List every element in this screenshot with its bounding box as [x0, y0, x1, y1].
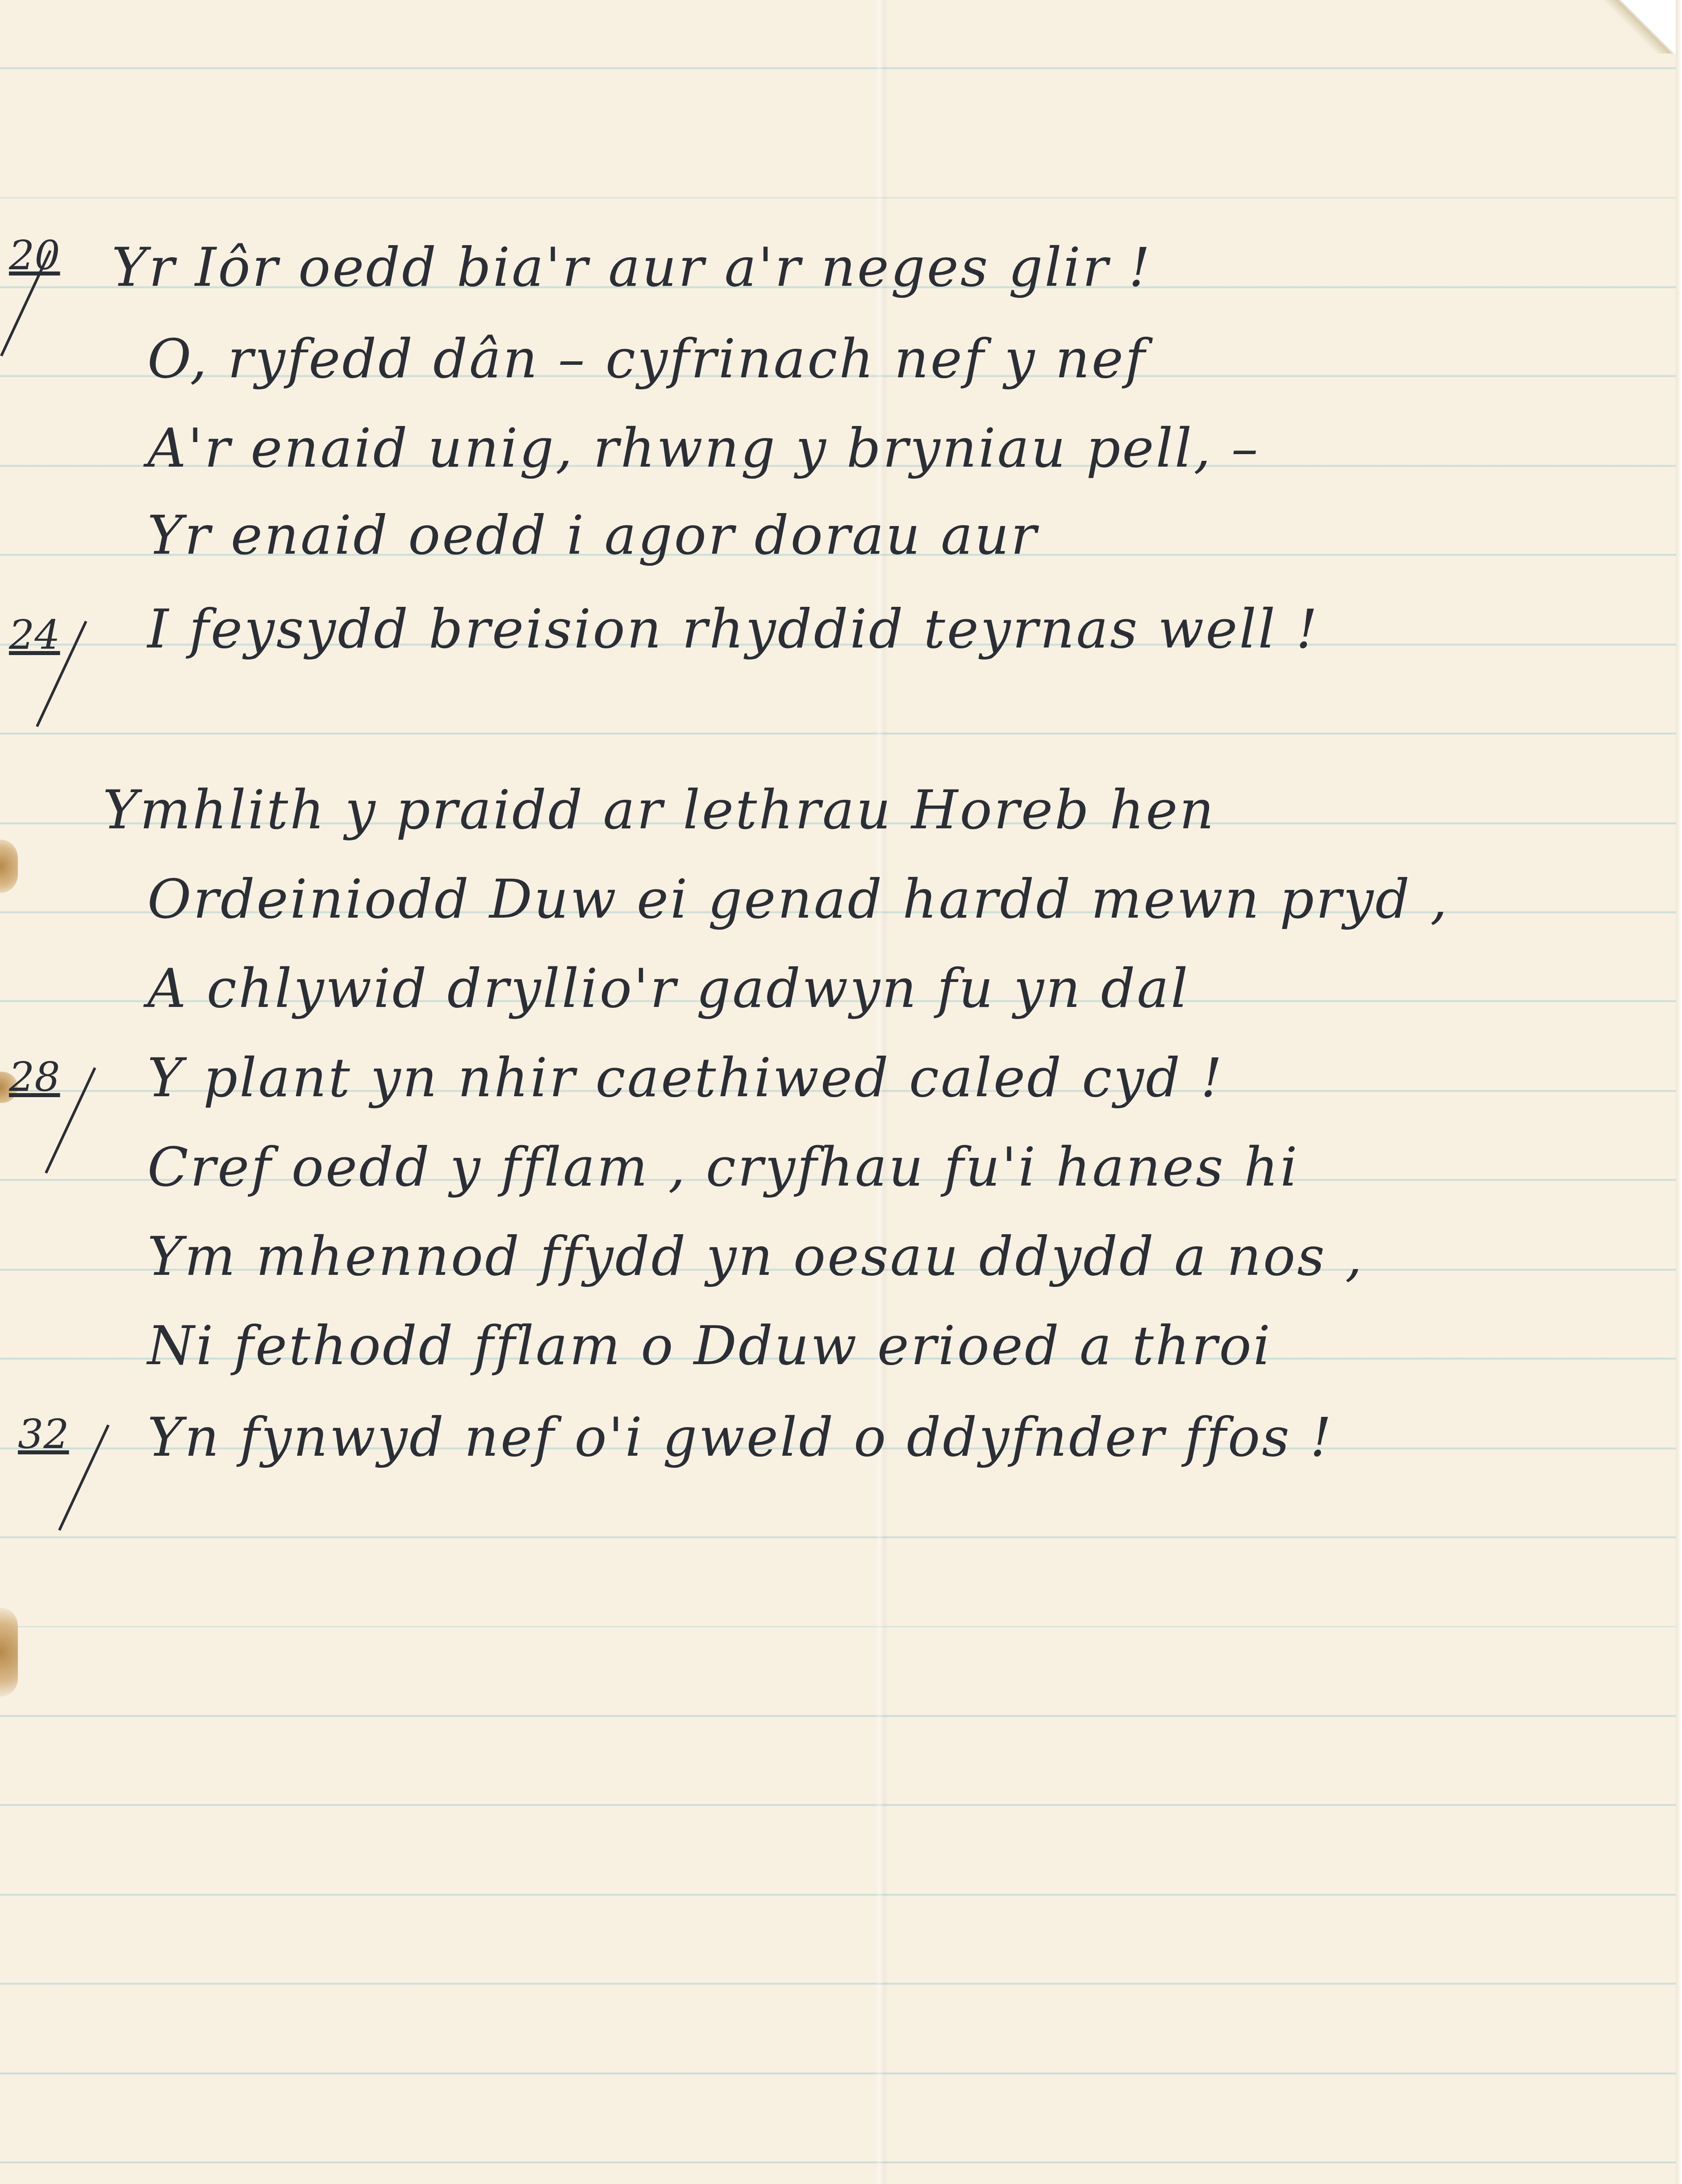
line-number-24: 24	[9, 612, 60, 659]
poem-line: Y plant yn nhir caethiwed caled cyd !	[147, 1047, 1224, 1109]
rust-stain	[0, 1608, 18, 1697]
poem-line: Yr Iôr oedd bia'r aur a'r neges glir !	[112, 237, 1152, 299]
poem-line: Ymhlith y praidd ar lethrau Horeb hen	[103, 779, 1216, 841]
poem-line: Yn fynwyd nef o'i gweld o ddyfnder ffos …	[147, 1407, 1333, 1469]
poem-line: I feysydd breision rhyddid teyrnas well …	[147, 598, 1319, 660]
manuscript-page: 20 24 28 32 Yr Iôr oedd bia'r aur a'r ne…	[0, 0, 1682, 2184]
line-number-32: 32	[18, 1411, 69, 1458]
rust-stain	[0, 839, 18, 893]
poem-line: Ym mhennod ffydd yn oesau ddydd a nos ,	[147, 1226, 1364, 1288]
page-edge	[1676, 0, 1682, 2184]
poem-line: Ni fethodd fflam o Dduw erioed a throi	[147, 1315, 1272, 1377]
line-number-28: 28	[9, 1054, 60, 1101]
poem-line: A'r enaid unig, rhwng y bryniau pell, –	[147, 418, 1260, 480]
poem-line: Ordeiniodd Duw ei genad hardd mewn pryd …	[147, 869, 1449, 931]
poem-line: Yr enaid oedd i agor dorau aur	[147, 505, 1038, 567]
poem-line: Cref oedd y fflam , cryfhau fu'i hanes h…	[147, 1136, 1299, 1198]
folded-corner	[1602, 0, 1682, 54]
poem-line: A chlywid dryllio'r gadwyn fu yn dal	[147, 958, 1190, 1020]
poem-line: O, ryfedd dân – cyfrinach nef y nef	[147, 328, 1147, 390]
line-number-20: 20	[9, 232, 60, 279]
